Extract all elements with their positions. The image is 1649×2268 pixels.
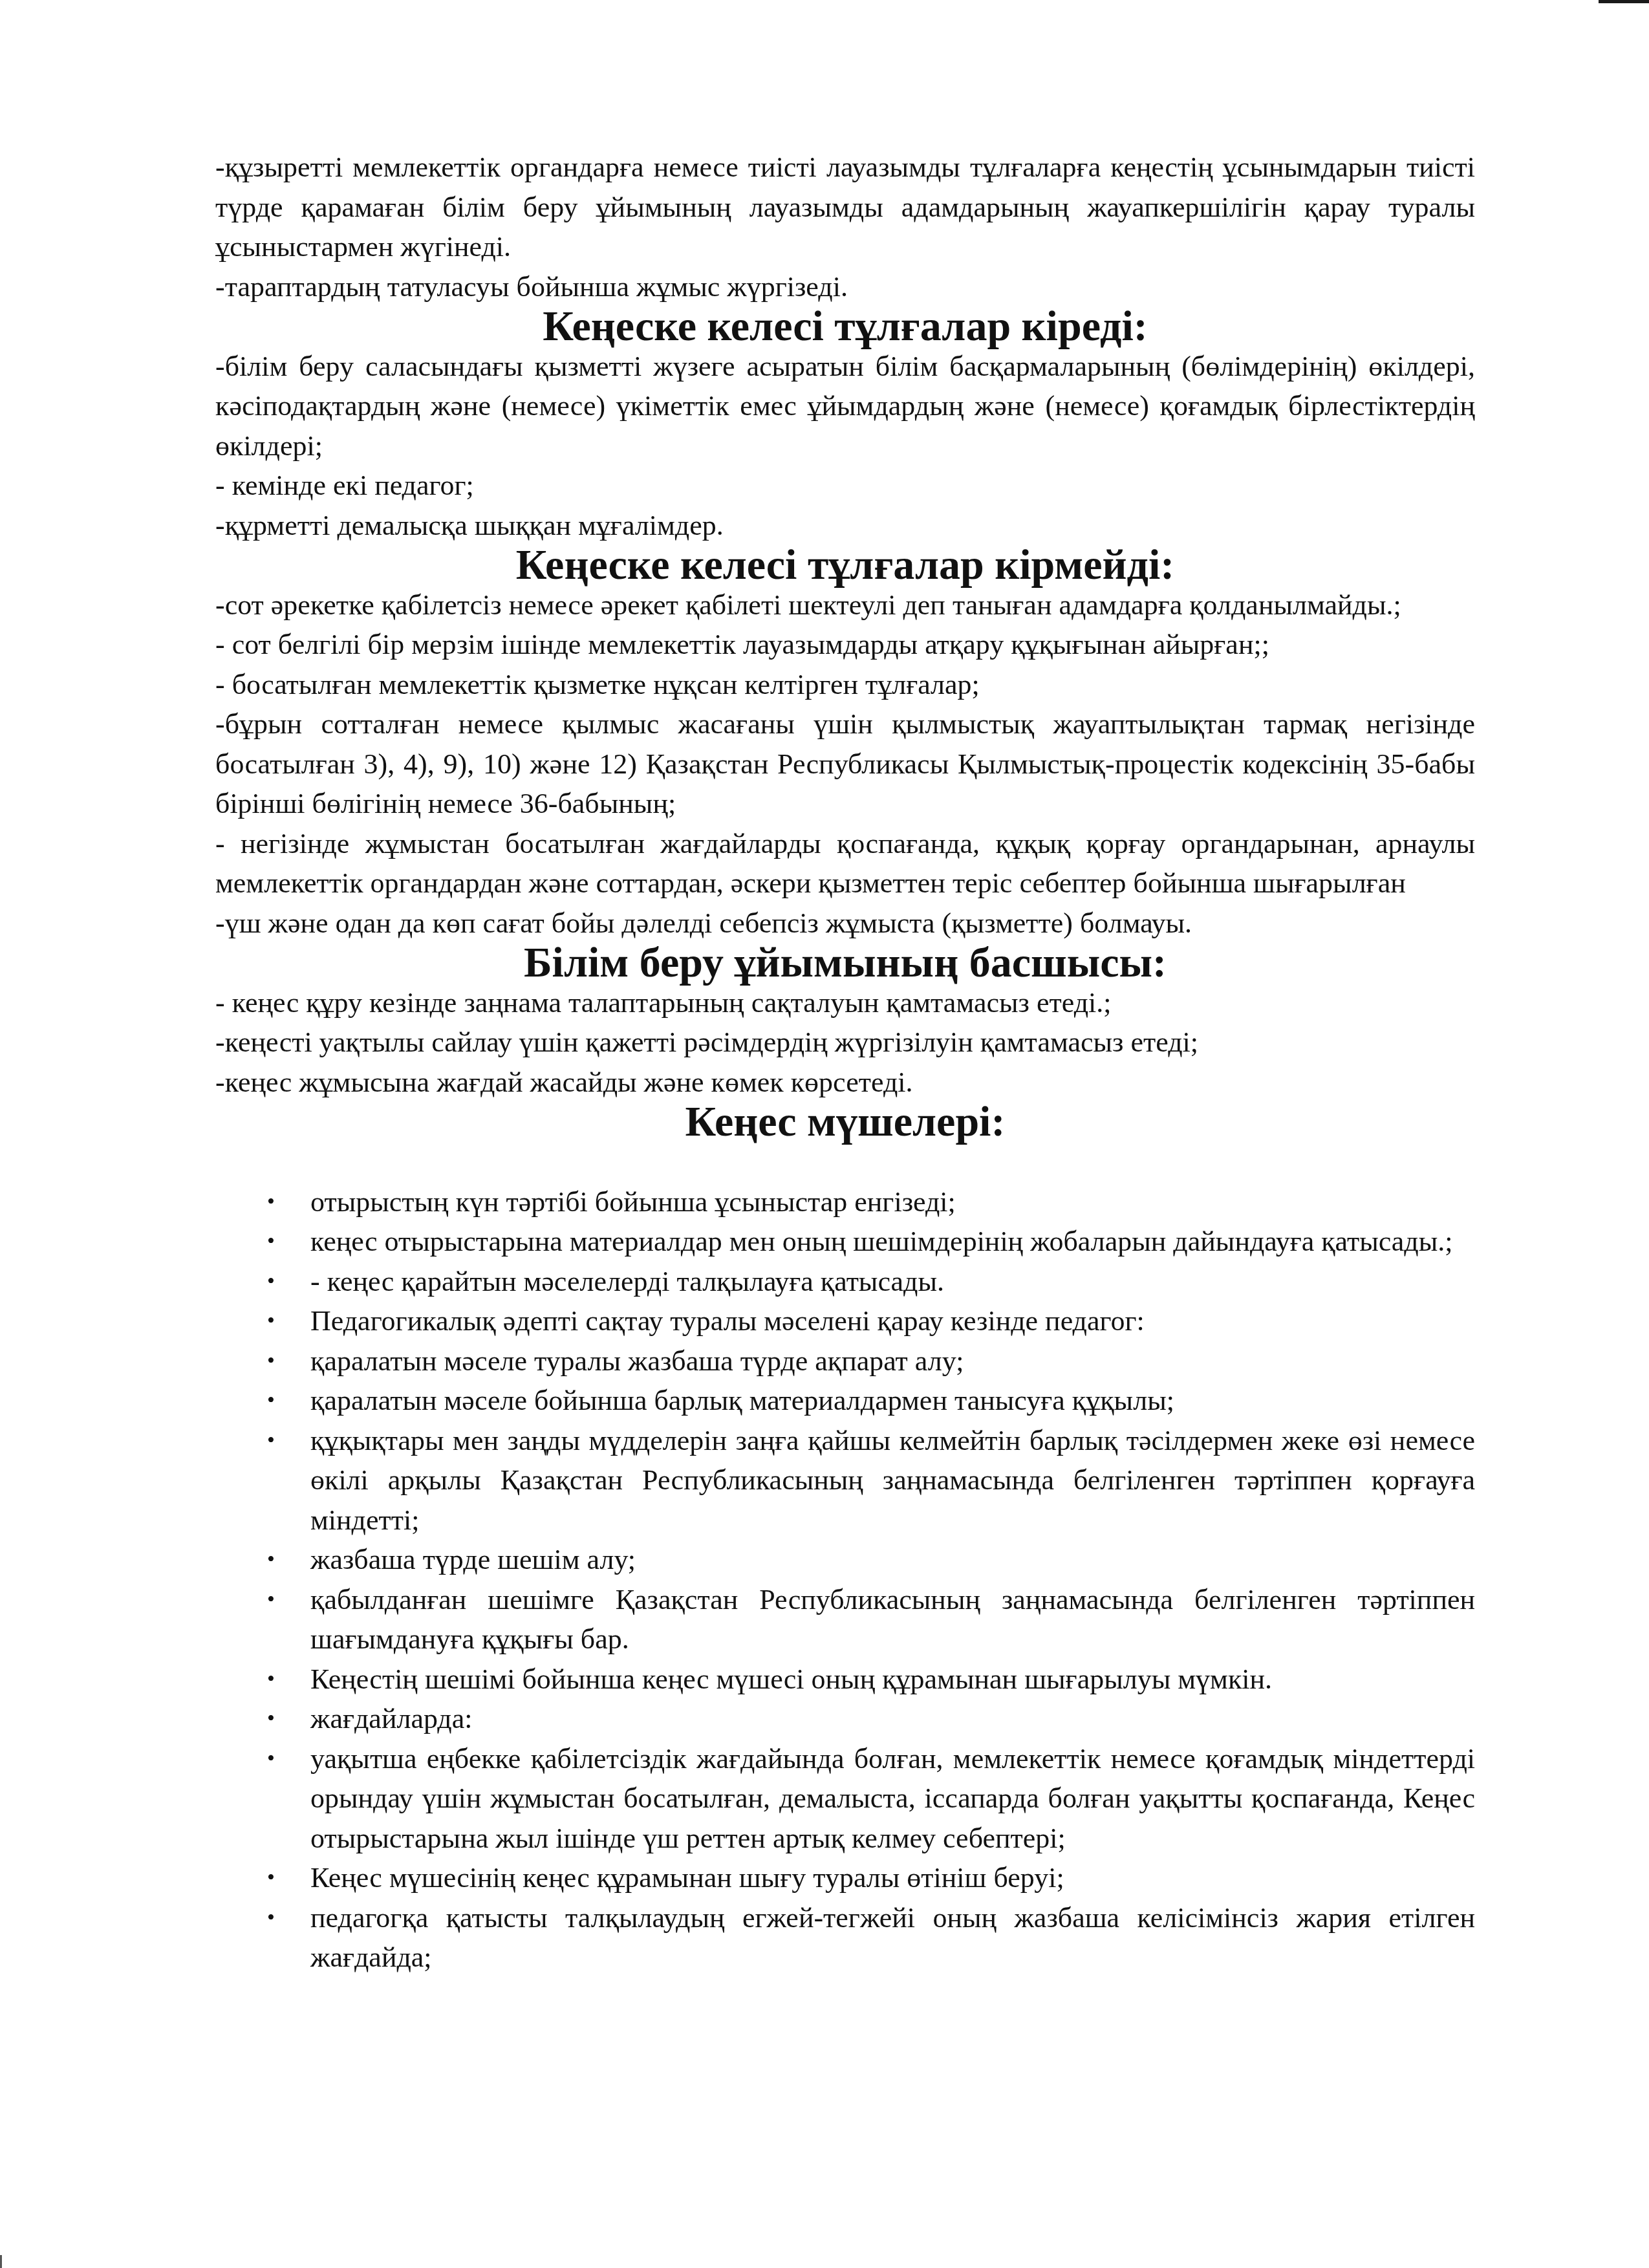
excluded-item: -бұрын сотталған немесе қылмыс жасағаны … xyxy=(215,704,1475,824)
bullet-icon: • xyxy=(267,1381,275,1421)
members-item-text: жазбаша түрде шешім алу; xyxy=(310,1544,636,1575)
members-item-text: Кеңестің шешімі бойынша кеңес мүшесі оны… xyxy=(310,1663,1272,1695)
members-item-text: отырыстың күн тәртібі бойынша ұсыныстар … xyxy=(310,1186,956,1218)
head-item: - кеңес құру кезінде заңнама талаптарыны… xyxy=(215,983,1475,1023)
members-item-text: педагогқа қатысты талқылаудың егжей-тегж… xyxy=(310,1902,1475,1974)
members-list-item: •жағдайларда: xyxy=(215,1699,1475,1739)
bullet-icon: • xyxy=(267,1182,275,1222)
members-item-text: уақытша еңбекке қабілетсіздік жағдайында… xyxy=(310,1743,1475,1854)
intro-paragraph: -құзыретті мемлекеттік органдарға немесе… xyxy=(215,147,1475,267)
members-list-item: •қаралатын мәселе туралы жазбаша түрде а… xyxy=(215,1341,1475,1381)
excluded-item: - босатылған мемлекеттік қызметке нұқсан… xyxy=(215,665,1475,705)
bullet-icon: • xyxy=(267,1580,275,1620)
members-item-text: - кеңес қарайтын мәселелерді талқылауға … xyxy=(310,1266,944,1297)
members-list-item: •уақытша еңбекке қабілетсіздік жағдайынд… xyxy=(215,1739,1475,1859)
bullet-icon: • xyxy=(267,1739,275,1779)
bullet-icon: • xyxy=(267,1858,275,1898)
intro-paragraph: -тараптардың татуласуы бойынша жұмыс жүр… xyxy=(215,267,1475,307)
head-item: -кеңесті уақтылы сайлау үшін қажетті рәс… xyxy=(215,1022,1475,1063)
bullet-icon: • xyxy=(267,1421,275,1461)
members-list-item: •қаралатын мәселе бойынша барлық материа… xyxy=(215,1381,1475,1421)
excluded-item: -үш және одан да көп сағат бойы дәлелді … xyxy=(215,903,1475,944)
members-list-item: •құқықтары мен заңды мүдделерін заңға қа… xyxy=(215,1421,1475,1540)
excluded-item: - негізінде жұмыстан босатылған жағдайла… xyxy=(215,824,1475,903)
head-item: -кеңес жұмысына жағдай жасайды және көме… xyxy=(215,1063,1475,1103)
bullet-icon: • xyxy=(267,1699,275,1739)
section-heading-included: Кеңеске келесі тұлғалар кіреді: xyxy=(215,307,1475,347)
bullet-icon: • xyxy=(267,1301,275,1341)
members-list-item: •кеңес отырыстарына материалдар мен оның… xyxy=(215,1222,1475,1262)
included-item: -білім беру саласындағы қызметті жүзеге … xyxy=(215,347,1475,466)
included-item: -құрметті демалысқа шыққан мұғалімдер. xyxy=(215,506,1475,546)
excluded-item: -сот әрекетке қабілетсіз немесе әрекет қ… xyxy=(215,585,1475,625)
included-item: - кемінде екі педагог; xyxy=(215,466,1475,506)
bullet-icon: • xyxy=(267,1262,275,1302)
members-item-text: жағдайларда: xyxy=(310,1703,473,1734)
members-list-item: •Кеңестің шешімі бойынша кеңес мүшесі он… xyxy=(215,1659,1475,1700)
members-list-item: •отырыстың күн тәртібі бойынша ұсыныстар… xyxy=(215,1182,1475,1222)
bullet-icon: • xyxy=(267,1540,275,1580)
bullet-icon: • xyxy=(267,1222,275,1262)
members-item-text: қаралатын мәселе туралы жазбаша түрде ақ… xyxy=(310,1345,964,1377)
members-list-item: •- кеңес қарайтын мәселелерді талқылауға… xyxy=(215,1262,1475,1302)
members-item-text: кеңес отырыстарына материалдар мен оның … xyxy=(310,1226,1453,1257)
members-item-text: Кеңес мүшесінің кеңес құрамынан шығу тур… xyxy=(310,1862,1064,1894)
excluded-item: - сот белгілі бір мерзім ішінде мемлекет… xyxy=(215,625,1475,665)
bullet-icon: • xyxy=(267,1341,275,1381)
members-item-text: Педагогикалық әдепті сақтау туралы мәсел… xyxy=(310,1305,1145,1337)
scan-edge-mark xyxy=(1599,0,1649,3)
section-heading-head: Білім беру ұйымының басшысы: xyxy=(215,943,1475,983)
members-list-item: •қабылданған шешімге Қазақстан Республик… xyxy=(215,1580,1475,1659)
members-item-text: құқықтары мен заңды мүдделерін заңға қай… xyxy=(310,1425,1475,1536)
members-item-text: қаралатын мәселе бойынша барлық материал… xyxy=(310,1385,1174,1416)
members-item-text: қабылданған шешімге Қазақстан Республика… xyxy=(310,1584,1475,1656)
document-page: -құзыретті мемлекеттік органдарға немесе… xyxy=(215,147,1475,1978)
bullet-icon: • xyxy=(267,1898,275,1938)
section-heading-members: Кеңес мүшелері: xyxy=(215,1102,1475,1142)
section-heading-excluded: Кеңеске келесі тұлғалар кірмейді: xyxy=(215,545,1475,585)
bullet-icon: • xyxy=(267,1659,275,1700)
members-list-item: •жазбаша түрде шешім алу; xyxy=(215,1540,1475,1580)
members-bullet-list: •отырыстың күн тәртібі бойынша ұсыныстар… xyxy=(215,1182,1475,1978)
members-list-item: •педагогқа қатысты талқылаудың егжей-тег… xyxy=(215,1898,1475,1978)
members-list-item: •Кеңес мүшесінің кеңес құрамынан шығу ту… xyxy=(215,1858,1475,1898)
members-list-item: •Педагогикалық әдепті сақтау туралы мәсе… xyxy=(215,1301,1475,1341)
scan-edge-mark-bottom xyxy=(0,2255,2,2268)
